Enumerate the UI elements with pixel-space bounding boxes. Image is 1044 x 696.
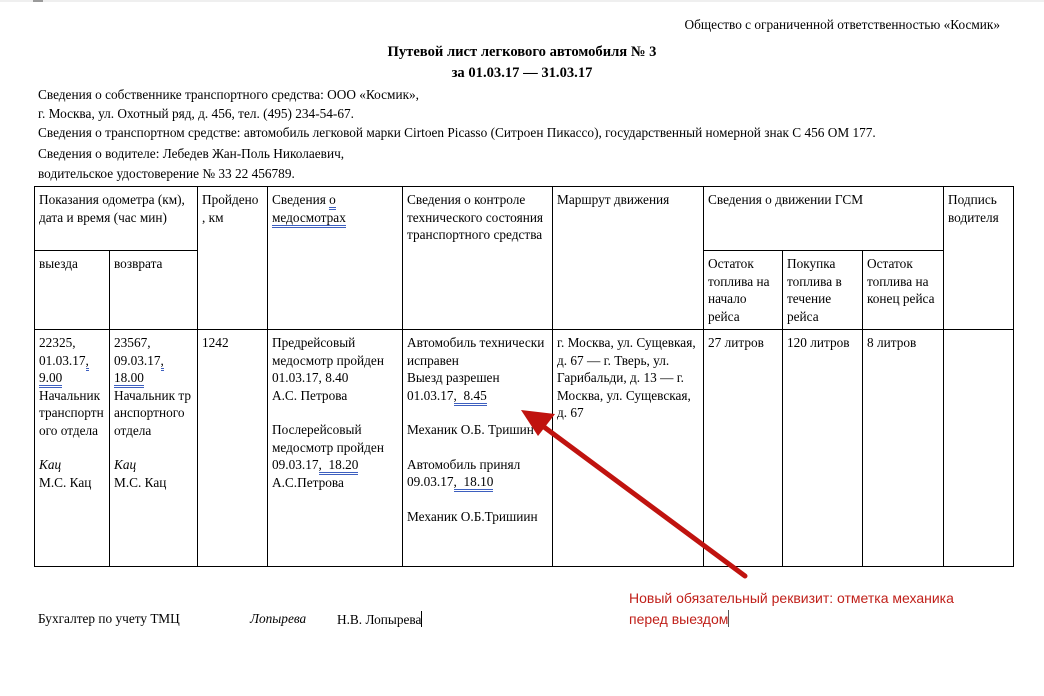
header-medical-link: о [329,192,336,210]
annotation-note[interactable]: Новый обязательный реквизит: отметка мех… [629,588,954,630]
header-fuel-purchase: Покупка топлива в течение рейса [783,251,863,330]
owner-info: Сведения о собственнике транспортного ср… [38,87,419,103]
return-time: 18.00 [114,370,144,388]
vehicle-info: Сведения о транспортном средстве: автомо… [38,125,876,141]
return-name: М.С. Кац [114,474,193,492]
out-date: 01.03.17 [39,353,86,368]
odometer-return-reading: 23567, [114,334,193,352]
annotation-line-2: перед выездом [629,611,728,627]
return-position: Начальник транспортного отдела [114,387,193,440]
post-time: , 18.20 [319,457,359,475]
window-top-edge [0,0,1044,2]
out-signature: Кац [39,456,105,474]
accepted-date: 09.03.17 [407,474,454,489]
tech-permit-datetime: 01.03.17, 8.45 [407,387,548,405]
odometer-out-datetime: 01.03.17, 9.00 [39,352,105,387]
post-trip-label: Послерейсовый медосмотр пройден [272,421,398,456]
out-position: Начальник транспортного отдела [39,387,105,440]
cell-driver-signature [944,330,1014,567]
header-fuel: Сведения о движении ГСМ [704,187,944,251]
organization-name: Общество с ограниченной ответственностью… [684,17,1000,33]
odometer-return-datetime: 09.03.17, 18.00 [114,352,193,387]
pre-trip-name: А.С. Петрова [272,387,398,405]
header-medical: Сведения о медосмотрах [268,187,403,330]
post-date: 09.03.17 [272,457,319,472]
scroll-tick [33,0,43,2]
return-sep: , [161,353,164,371]
cell-odometer-out: 22325, 01.03.17, 9.00 Начальник транспор… [35,330,110,567]
document-title: Путевой лист легкового автомобиля № 3 [0,44,1044,61]
footer-role: Бухгалтер по учету ТМЦ [38,611,180,627]
cell-medical: Предрейсовый медосмотр пройден 01.03.17,… [268,330,403,567]
owner-address: г. Москва, ул. Охотный ряд, д. 456, тел.… [38,106,354,122]
annotation-line-2-wrap: перед выездом [629,609,954,630]
cell-odometer-return: 23567, 09.03.17, 18.00 Начальник транспо… [110,330,198,567]
return-signature: Кац [114,456,193,474]
header-distance: Пройдено , км [198,187,268,330]
cell-fuel-end: 8 литров [863,330,944,567]
header-odometer-out: выезда [35,251,110,330]
post-trip-name: А.С.Петрова [272,474,398,492]
annotation-line-1: Новый обязательный реквизит: отметка мех… [629,588,954,609]
tech-accepted-datetime: 09.03.17, 18.10 [407,473,548,491]
tech-mechanic-return: Механик О.Б.Тришиин [407,508,548,526]
header-fuel-start: Остаток топлива на начало рейса [704,251,783,330]
header-driver-signature: Подпись водителя [944,187,1014,330]
header-medical-text: Сведения [272,192,329,207]
text-cursor [421,611,422,627]
driver-info: Сведения о водителе: Лебедев Жан-Поль Ни… [38,146,344,162]
accepted-time: , 18.10 [454,474,494,492]
tech-status: Автомобиль технически исправен [407,334,548,369]
table-row: 22325, 01.03.17, 9.00 Начальник транспор… [35,330,1014,567]
note-cursor [728,610,729,627]
out-sep: , [86,353,89,371]
header-odometer: Показания одометра (км), дата и время (ч… [35,187,198,251]
cell-route: г. Москва, ул. Сущевкая, д. 67 — г. Твер… [553,330,704,567]
footer-name: Н.В. Лопырева [337,612,421,627]
tech-mechanic-out: Механик О.Б. Тришин [407,421,548,439]
tech-permit: Выезд разрешен [407,369,548,387]
header-odometer-return: возврата [110,251,198,330]
header-route: Маршрут движения [553,187,704,330]
header-fuel-end: Остаток топлива на конец рейса [863,251,944,330]
driver-license: водительское удостоверение № 33 22 45678… [38,166,295,182]
permit-time: , 8.45 [454,388,487,406]
waybill-table: Показания одометра (км), дата и время (ч… [34,186,1014,567]
footer-signature: Лопырева [250,611,306,627]
pre-trip-datetime: 01.03.17, 8.40 [272,369,398,387]
footer-name-wrap[interactable]: Н.В. Лопырева [337,611,422,628]
permit-date: 01.03.17 [407,388,454,403]
cell-tech-control: Автомобиль технически исправен Выезд раз… [403,330,553,567]
pre-trip-label: Предрейсовый медосмотр пройден [272,334,398,369]
header-tech-control: Сведения о контроле технического состоян… [403,187,553,330]
out-time: 9.00 [39,370,62,388]
cell-fuel-start: 27 литров [704,330,783,567]
cell-fuel-purchase: 120 литров [783,330,863,567]
out-name: М.С. Кац [39,474,105,492]
odometer-out-reading: 22325, [39,334,105,352]
return-date: 09.03.17 [114,353,161,368]
tech-accepted: Автомобиль принял [407,456,548,474]
document-period: за 01.03.17 — 31.03.17 [0,65,1044,82]
cell-distance: 1242 [198,330,268,567]
header-medical-link-2: медосмотрах [272,210,346,228]
post-trip-datetime: 09.03.17, 18.20 [272,456,398,474]
